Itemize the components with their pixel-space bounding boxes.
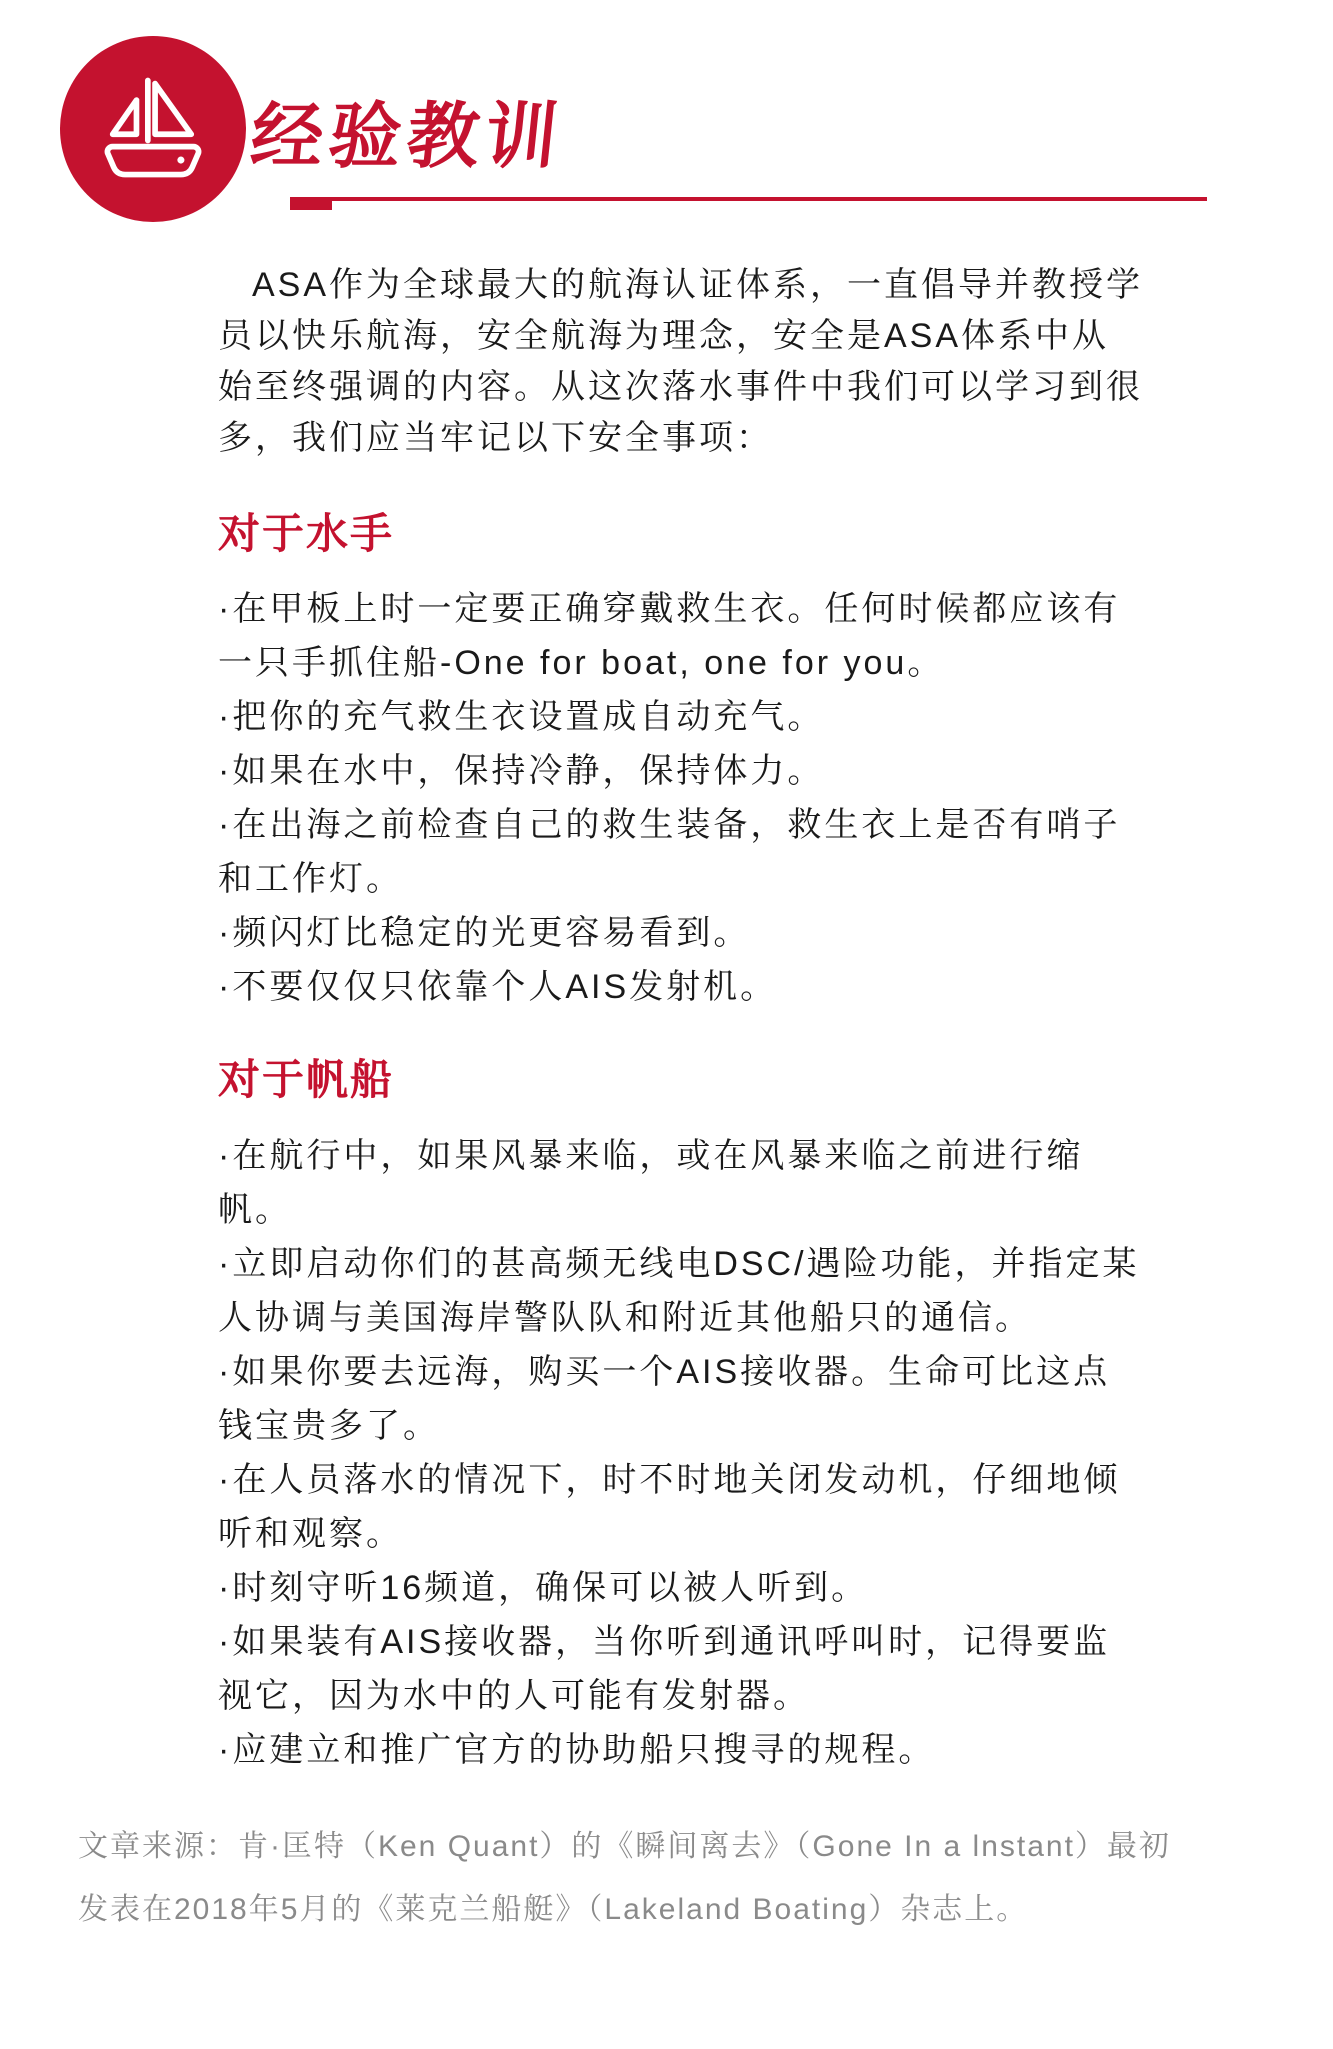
sailboat-icon <box>91 65 215 194</box>
title-underline-line <box>332 197 1207 201</box>
sailboats-bullet-list: ·在航行中，如果风暴来临，或在风暴来临之前进行缩帆。 ·立即启动你们的甚高频无线… <box>218 1129 1146 1777</box>
section-heading-sailboats: 对于帆船 <box>218 1054 1146 1106</box>
intro-paragraph: ASA作为全球最大的航海认证体系，一直倡导并教授学员以快乐航海，安全航海为理念，… <box>218 260 1146 464</box>
header: 经验教训 <box>0 0 1333 260</box>
bullet-item: ·如果装有AIS接收器，当你听到通讯呼叫时，记得要监视它，因为水中的人可能有发射… <box>218 1615 1146 1723</box>
title-underline <box>290 197 1207 210</box>
title-underline-block <box>290 197 332 210</box>
bullet-item: ·如果你要去远海，购买一个AIS接收器。生命可比这点钱宝贵多了。 <box>218 1345 1146 1453</box>
logo-circle <box>60 36 246 222</box>
bullet-item: ·在出海之前检查自己的救生装备，救生衣上是否有哨子和工作灯。 <box>218 798 1146 906</box>
bullet-item: ·应建立和推广官方的协助船只搜寻的规程。 <box>218 1723 1146 1777</box>
source-line-1: 文章来源：肯·匡特（Ken Quant）的《瞬间离去》（Gone In a ln… <box>78 1815 1268 1878</box>
bullet-item: ·在甲板上时一定要正确穿戴救生衣。任何时候都应该有一只手抓住船-One for … <box>218 582 1146 690</box>
bullet-item: ·在人员落水的情况下，时不时地关闭发动机，仔细地倾听和观察。 <box>218 1453 1146 1561</box>
bullet-item: ·时刻守听16频道，确保可以被人听到。 <box>218 1561 1146 1615</box>
bullet-item: ·在航行中，如果风暴来临，或在风暴来临之前进行缩帆。 <box>218 1129 1146 1237</box>
section-heading-sailors: 对于水手 <box>218 508 1146 560</box>
bullet-item: ·立即启动你们的甚高频无线电DSC/遇险功能，并指定某人协调与美国海岸警队队和附… <box>218 1237 1146 1345</box>
sailors-bullet-list: ·在甲板上时一定要正确穿戴救生衣。任何时候都应该有一只手抓住船-One for … <box>218 582 1146 1014</box>
bullet-item: ·频闪灯比稳定的光更容易看到。 <box>218 906 1146 960</box>
bullet-item: ·把你的充气救生衣设置成自动充气。 <box>218 690 1146 744</box>
source-attribution: 文章来源：肯·匡特（Ken Quant）的《瞬间离去》（Gone In a ln… <box>78 1815 1268 1941</box>
bullet-item: ·不要仅仅只依靠个人AIS发射机。 <box>218 960 1146 1014</box>
article-body: ASA作为全球最大的航海认证体系，一直倡导并教授学员以快乐航海，安全航海为理念，… <box>0 260 1146 1777</box>
page-title: 经验教训 <box>247 78 570 182</box>
bullet-item: ·如果在水中，保持冷静，保持体力。 <box>218 744 1146 798</box>
source-line-2: 发表在2018年5月的《莱克兰船艇》（Lakeland Boating）杂志上。 <box>78 1878 1268 1941</box>
